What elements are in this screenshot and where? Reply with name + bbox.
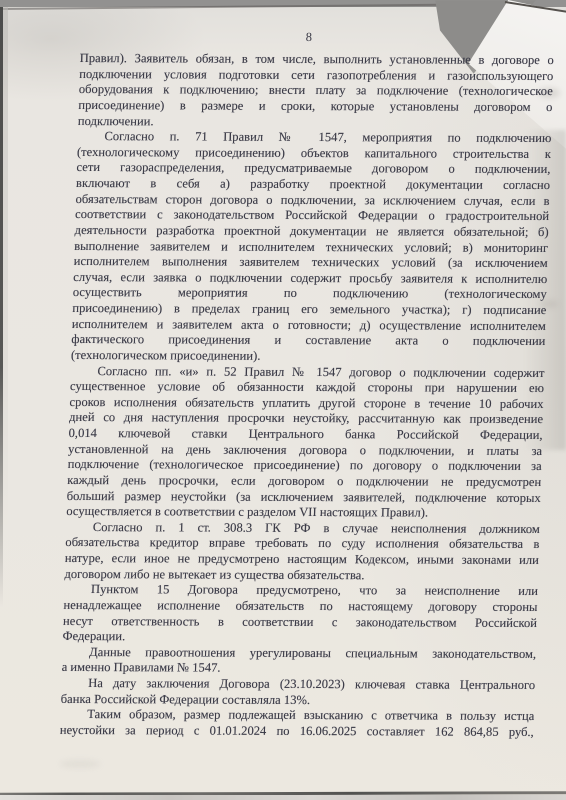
scanned-document-photo: 8 Правил). Заявитель обязан, в том числе… xyxy=(0,0,566,800)
text-line: На дату заключения Договора (23.10.2023)… xyxy=(61,676,535,694)
text-line: фактического присоединения и составление… xyxy=(71,332,545,350)
text-line: присоединение) в размере и сроки, которы… xyxy=(78,98,552,116)
text-line: деятельности разработка проектной докуме… xyxy=(74,223,548,241)
text-line: включают в себя а) разработку проектной … xyxy=(76,176,550,194)
text-line: осуществляется в соответствии с разделом… xyxy=(66,504,540,522)
text-line: Пунктом 15 Договора предусмотрено, что з… xyxy=(64,582,538,600)
text-line: оборудования к подключению; внести плату… xyxy=(79,82,553,100)
text-line: неустойки за период с 01.01.2024 по 16.0… xyxy=(60,723,534,741)
text-line: соответствии с законодательством Российс… xyxy=(75,207,549,225)
text-line: Правил). Заявитель обязан, в том числе, … xyxy=(80,51,554,69)
text-line: существенное условие об обязанности кажд… xyxy=(70,379,544,397)
page-number: 8 xyxy=(72,29,546,46)
text-line: (технологическом присоединении). xyxy=(71,348,545,366)
document-content: 8 Правил). Заявитель обязан, в том числе… xyxy=(0,0,566,800)
text-line: натуре, если иное не предусмотрено насто… xyxy=(65,551,539,569)
text-line: Таким образом, размер подлежащей взыскан… xyxy=(60,707,534,725)
next-sheet-edge xyxy=(0,795,566,800)
text-line: исполнителем выполнения заявителем техни… xyxy=(73,254,547,272)
text-line: Согласно п. 71 Правил № 1547, мероприяти… xyxy=(77,129,551,147)
text-line: подключение (технологическое присоединен… xyxy=(67,457,541,475)
text-line: присоединению) в пределах границ его зем… xyxy=(72,301,546,319)
text-line: каждый день просрочки, если договором о … xyxy=(67,473,541,491)
text-line: несут ответственность в соответствии с з… xyxy=(63,613,537,631)
text-line: ненадлежащее исполнение обязательств по … xyxy=(63,598,537,616)
text-block: Правил). Заявитель обязан, в том числе, … xyxy=(60,51,554,740)
text-line: 0,014 ключевой ставки Центрального банка… xyxy=(68,426,542,444)
